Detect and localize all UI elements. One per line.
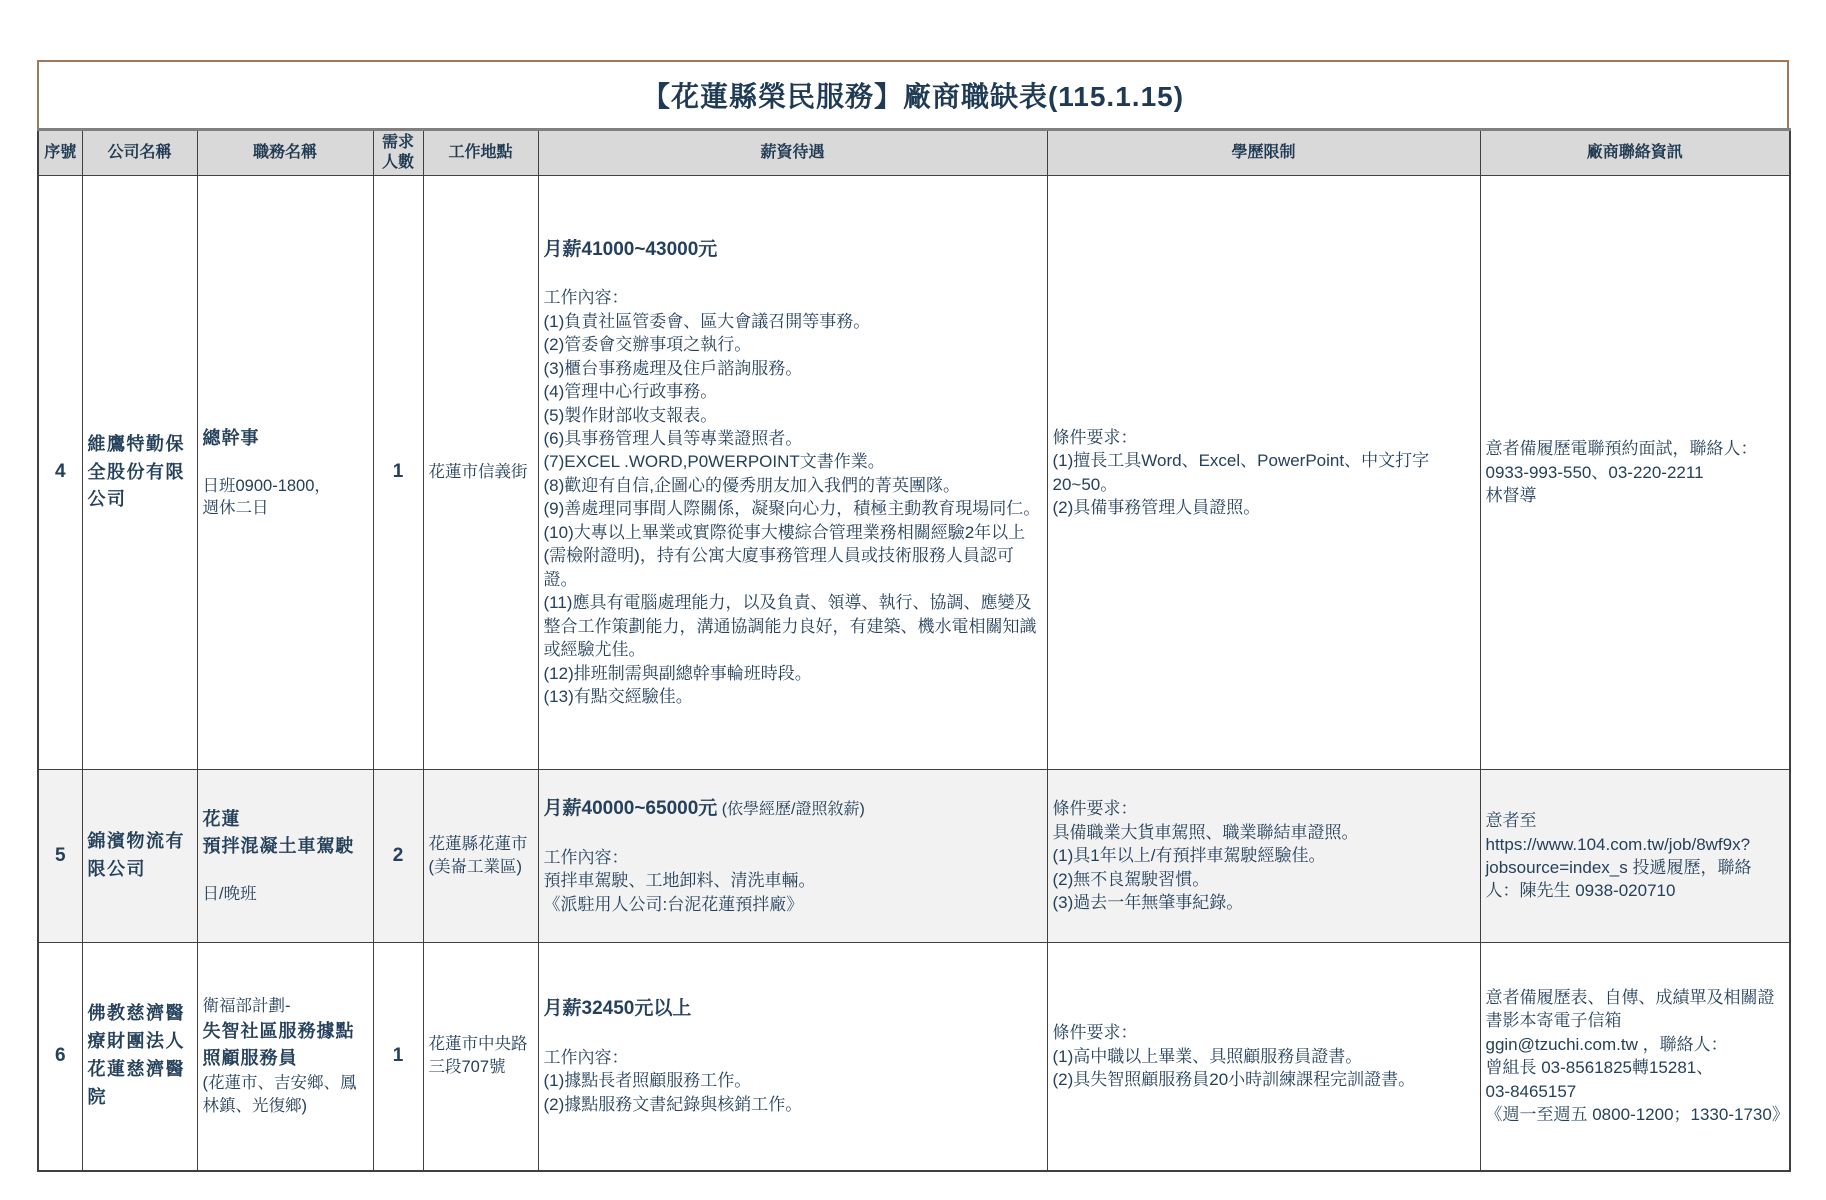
table-row: 6 佛教慈濟醫療財團法人花蓮慈濟醫院 衛福部計劃- 失智社區服務據點照顧服務員 … [38,943,1790,1171]
cell-work-location: 花蓮市信義街 [423,176,538,770]
cell-salary: 月薪40000~65000元 (依學經歷/證照敘薪) 工作內容： 預拌車駕駛、工… [538,770,1047,943]
cell-education-requirements: 條件要求： (1)高中職以上畢業、具照顧服務員證書。 (2)具失智照顧服務員20… [1047,943,1480,1171]
job-description: 工作內容： (1)負責社區管委會、區大會議召開等事務。 (2)管委會交辦事項之執… [544,263,1042,709]
header-row: 序號 公司名稱 職務名稱 需求人數 工作地點 薪資待遇 學歷限制 廠商聯絡資訊 [38,130,1790,176]
cell-row-number: 4 [38,176,82,770]
cell-job-title: 衛福部計劃- 失智社區服務據點照顧服務員 (花蓮市、吉安鄉、鳳林鎮、光復鄉) [197,943,373,1171]
cell-salary: 月薪41000~43000元 工作內容： (1)負責社區管委會、區大會議召開等事… [538,176,1047,770]
job-description: 工作內容： 預拌車駕駛、工地卸料、清洗車輛。 《派駐用人公司:台泥花蓮預拌廠》 [544,822,1042,916]
cell-company-name: 維鷹特勤保全股份有限公司 [82,176,197,770]
col-header-job: 職務名稱 [197,130,373,176]
col-header-company: 公司名稱 [82,130,197,176]
salary-note: (依學經歷/證照敘薪) [717,801,865,818]
cell-work-location: 花蓮縣花蓮市(美崙工業區) [423,770,538,943]
document-page: 【花蓮縣榮民服務】廠商職缺表(115.1.15) 序號 公司名稱 職務名稱 需求… [0,0,1826,1200]
job-title-prefix: 衛福部計劃- [203,995,368,1018]
cell-work-location: 花蓮市中央路三段707號 [423,943,538,1171]
job-vacancy-sheet: 【花蓮縣榮民服務】廠商職缺表(115.1.15) 序號 公司名稱 職務名稱 需求… [37,60,1789,1172]
job-table: 序號 公司名稱 職務名稱 需求人數 工作地點 薪資待遇 學歷限制 廠商聯絡資訊 … [37,128,1791,1172]
cell-headcount: 1 [373,943,423,1171]
col-header-count: 需求人數 [373,130,423,176]
cell-education-requirements: 條件要求： (1)擅長工具Word、Excel、PowerPoint、中文打字2… [1047,176,1480,770]
education-requirements-text: 條件要求： (1)擅長工具Word、Excel、PowerPoint、中文打字2… [1053,426,1475,520]
education-requirements-text: 條件要求： 具備職業大貨車駕照、職業聯結車證照。 (1)具1年以上/有預拌車駕駛… [1053,797,1475,914]
cell-company-name: 錦濱物流有限公司 [82,770,197,943]
salary-amount: 月薪41000~43000元 [544,239,718,260]
education-requirements-text: 條件要求： (1)高中職以上畢業、具照顧服務員證書。 (2)具失智照顧服務員20… [1053,1021,1475,1091]
job-title-shift: 日班0900-1800， 週休二日 [203,452,368,520]
cell-headcount: 1 [373,176,423,770]
table-row: 5 錦濱物流有限公司 花蓮 預拌混凝土車駕駛 日/晚班 2 花蓮縣花蓮市(美崙工… [38,770,1790,943]
cell-headcount: 2 [373,770,423,943]
cell-contact-info: 意者備履歷電聯預約面試，聯絡人： 0933-993-550、03-220-221… [1480,176,1790,770]
job-title-shift: 日/晚班 [203,860,368,906]
cell-job-title: 花蓮 預拌混凝土車駕駛 日/晚班 [197,770,373,943]
cell-company-name: 佛教慈濟醫療財團法人花蓮慈濟醫院 [82,943,197,1171]
col-header-location: 工作地點 [423,130,538,176]
page-title: 【花蓮縣榮民服務】廠商職缺表(115.1.15) [642,75,1184,115]
cell-salary: 月薪32450元以上 工作內容： (1)據點長者照顧服務工作。 (2)據點服務文… [538,943,1047,1171]
contact-info-text: 意者備履歷表、自傳、成績單及相關證書影本寄電子信箱 ggin@tzuchi.co… [1486,986,1785,1127]
title-block: 【花蓮縣榮民服務】廠商職缺表(115.1.15) [37,60,1789,128]
job-description: 工作內容： (1)據點長者照顧服務工作。 (2)據點服務文書紀錄與核銷工作。 [544,1022,1042,1116]
salary-amount: 月薪40000~65000元 [544,798,718,819]
col-header-education: 學歷限制 [1047,130,1480,176]
job-title-main: 總幹事 [203,425,368,452]
cell-job-title: 總幹事 日班0900-1800， 週休二日 [197,176,373,770]
table-row: 4 維鷹特勤保全股份有限公司 總幹事 日班0900-1800， 週休二日 1 花… [38,176,1790,770]
contact-info-text: 意者至 https://www.104.com.tw/job/8wf9x?job… [1486,809,1785,903]
col-header-contact: 廠商聯絡資訊 [1480,130,1790,176]
cell-contact-info: 意者備履歷表、自傳、成績單及相關證書影本寄電子信箱 ggin@tzuchi.co… [1480,943,1790,1171]
col-header-no: 序號 [38,130,82,176]
cell-contact-info: 意者至 https://www.104.com.tw/job/8wf9x?job… [1480,770,1790,943]
cell-row-number: 5 [38,770,82,943]
cell-row-number: 6 [38,943,82,1171]
salary-amount: 月薪32450元以上 [544,998,692,1019]
job-title-area: (花蓮市、吉安鄉、鳳林鎮、光復鄉) [203,1072,368,1118]
job-title-main: 花蓮 預拌混凝土車駕駛 [203,806,368,860]
cell-education-requirements: 條件要求： 具備職業大貨車駕照、職業聯結車證照。 (1)具1年以上/有預拌車駕駛… [1047,770,1480,943]
job-title-main: 失智社區服務據點照顧服務員 [203,1018,368,1072]
col-header-salary: 薪資待遇 [538,130,1047,176]
contact-info-text: 意者備履歷電聯預約面試，聯絡人： 0933-993-550、03-220-221… [1486,437,1785,507]
